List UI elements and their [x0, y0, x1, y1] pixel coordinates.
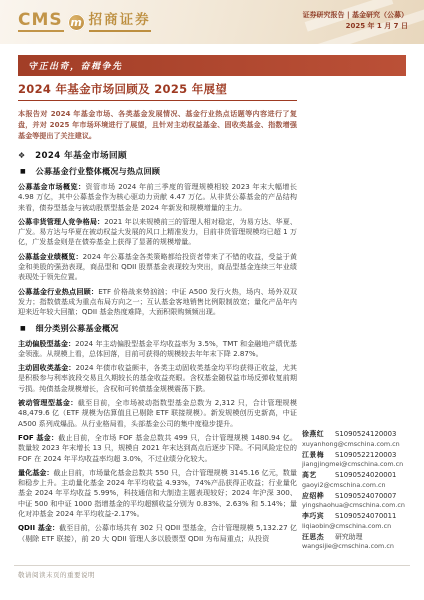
- analyst-name: 应绍桦: [302, 492, 335, 502]
- subsection-title: 公募基金行业整体概况与热点回顾: [36, 166, 161, 177]
- section-header-market-review: ❖ 2024 年基金市场回顾: [18, 149, 297, 161]
- analyst-name: 徐燕红: [302, 430, 335, 440]
- analyst-entry: 应绍桦 S1090524070007 yingshaohua@cmschina.…: [302, 492, 420, 511]
- analyst-email: liqiaobin@cmschina.com.cn: [302, 522, 420, 531]
- analyst-entry: 李巧宾 S1090524070011 liqiaobin@cmschina.co…: [302, 512, 420, 531]
- summary-paragraph: 被动管理型基金：截至目前，全市场被动指数型基金总数为 2,312 只，合计管理规…: [18, 398, 297, 429]
- analyst-entry: 徐燕红 S1090524120003 xuyanhong@cmschina.co…: [302, 430, 420, 449]
- paragraph-lead: 公募非货管理人竞争格局：: [18, 217, 104, 226]
- analyst-role: 研究助理: [335, 533, 363, 543]
- report-date: 2025 年 1 月 7 日: [303, 21, 408, 32]
- page-footer: 敬请阅读末页的重要说明: [0, 563, 424, 600]
- paragraph-lead: 量化基金：: [18, 468, 53, 477]
- paragraph-lead: 公募基金业绩概览：: [18, 252, 83, 261]
- page-title: 2024 年基金市场回顾及 2025 年展望: [18, 82, 297, 96]
- analyst-email: xuyanhong@cmschina.com.cn: [302, 440, 420, 449]
- paragraph-lead: 被动管理型基金：: [18, 398, 78, 407]
- analyst-name: 高艺: [302, 471, 335, 481]
- analyst-entry: 汪思杰 研究助理 wangsijie@cmschina.com.cn: [302, 533, 420, 552]
- paragraph-text: 截止目前，市场量化基金总数共 550 只，合计管理规模 3145.16 亿元，数…: [18, 468, 297, 518]
- subsection-title: 细分类别公募基金概况: [36, 323, 119, 334]
- summary-paragraph: 公募基金市场概览：资管市场 2024 年前三季度的管理规模相较 2023 年末大…: [18, 182, 297, 213]
- analyst-name: 李巧宾: [302, 512, 335, 522]
- report-type: 证券研究报告 | 基金研究（公募）: [303, 10, 408, 21]
- paragraph-lead: 主动固收类基金：: [18, 363, 76, 372]
- analyst-entry: 高艺 S1090524020001 gaoyi2@cmschina.com.cn: [302, 471, 420, 490]
- cms-logo-badge-icon: m: [68, 14, 85, 31]
- paragraph-text: 截至目前，公募市场共有 302 只 QDII 型基金，合计管理规模 5,132.…: [18, 523, 297, 542]
- summary-paragraph: 量化基金：截止目前，市场量化基金总数共 550 只，合计管理规模 3145.16…: [18, 468, 297, 519]
- summary-paragraph: 公募非货管理人竞争格局：2021 年以来规模前三的管理人相对稳定，为易方达、华夏…: [18, 217, 297, 248]
- report-header: CMS m 招商证券 证券研究报告 | 基金研究（公募） 2025 年 1 月 …: [0, 0, 424, 44]
- section-title: 2024 年基金市场回顾: [35, 149, 127, 161]
- analyst-code: S1090524020001: [335, 471, 396, 481]
- analyst-email: gaoyi2@cmschina.com.cn: [302, 481, 420, 490]
- subsection-header-industry-overview: ■ 公募基金行业整体概况与热点回顾: [20, 166, 297, 177]
- footer-disclaimer: 敬请阅读末页的重要说明: [18, 570, 424, 579]
- title-rule: [18, 100, 297, 101]
- company-name: 招商证券: [89, 12, 151, 32]
- subsection-header-fund-categories: ■ 细分类别公募基金概况: [20, 323, 297, 334]
- analyst-list: 徐燕红 S1090524120003 xuyanhong@cmschina.co…: [302, 430, 420, 553]
- cms-logo-text: CMS: [18, 11, 64, 32]
- analyst-name: 汪思杰: [302, 533, 335, 543]
- analyst-code: S1090524070011: [335, 512, 396, 522]
- cms-logo: CMS m 招商证券: [18, 11, 151, 32]
- analyst-code: S1090524070007: [335, 492, 396, 502]
- paragraph-lead: QDII 基金：: [18, 523, 59, 532]
- summary-paragraph: FOF 基金：截止目前，全市场 FOF 基金总数共 499 只，合计管理规模 1…: [18, 433, 297, 464]
- report-body: 2024 年基金市场回顾及 2025 年展望 本报告对 2024 年基金市场、各…: [18, 82, 297, 548]
- summary-paragraph: 公募基金行业热点回顾：ETF 价格战来势汹汹；中证 A500 发行火热，场内、场…: [18, 287, 297, 318]
- square-bullet-icon: ■: [20, 325, 26, 332]
- analyst-email: jiangjingmei@cmschina.com.cn: [302, 460, 420, 469]
- summary-paragraph: 主动固收类基金：2024 年债市收益颇丰，各类主动固收类基金均平均获得正收益，尤…: [18, 363, 297, 394]
- paragraph-lead: 主动偏股型基金：: [18, 339, 75, 348]
- paragraph-lead: 公募基金行业热点回顾：: [18, 287, 98, 296]
- analyst-code: S1090524120003: [335, 430, 396, 440]
- report-abstract: 本报告对 2024 年基金市场、各类基金发展情况、基金行业热点话题等内容进行了复…: [18, 108, 297, 141]
- diamond-bullet-icon: ❖: [18, 151, 25, 160]
- summary-paragraph: 主动偏股型基金：2024 年主动偏股型基金平均收益率为 3.5%，TMT 和金融…: [18, 339, 297, 360]
- analyst-entry: 江景梅 S1090522120003 jiangjingmei@cmschina…: [302, 451, 420, 470]
- slogan-text: 守正出奇，奋楫争先: [28, 59, 123, 72]
- analyst-code: S1090522120003: [335, 451, 396, 461]
- paragraph-lead: FOF 基金：: [18, 433, 58, 442]
- paragraph-text: 截止目前，全市场 FOF 基金总数共 499 只，合计管理规模 1480.94 …: [18, 433, 297, 463]
- footer-divider: [14, 565, 410, 566]
- analyst-email: wangsijie@cmschina.com.cn: [302, 542, 420, 551]
- analyst-name: 江景梅: [302, 451, 335, 461]
- summary-paragraph: QDII 基金：截至目前，公募市场共有 302 只 QDII 型基金，合计管理规…: [18, 523, 297, 544]
- analyst-email: yingshaohua@cmschina.com.cn: [302, 501, 420, 510]
- summary-paragraph: 公募基金业绩概览：2024 年公募基金各类策略都给投资者带来了不错的收益，受益于…: [18, 252, 297, 283]
- square-bullet-icon: ■: [20, 168, 26, 175]
- paragraph-lead: 公募基金市场概览：: [18, 182, 86, 191]
- slogan-banner: 守正出奇，奋楫争先: [18, 55, 406, 76]
